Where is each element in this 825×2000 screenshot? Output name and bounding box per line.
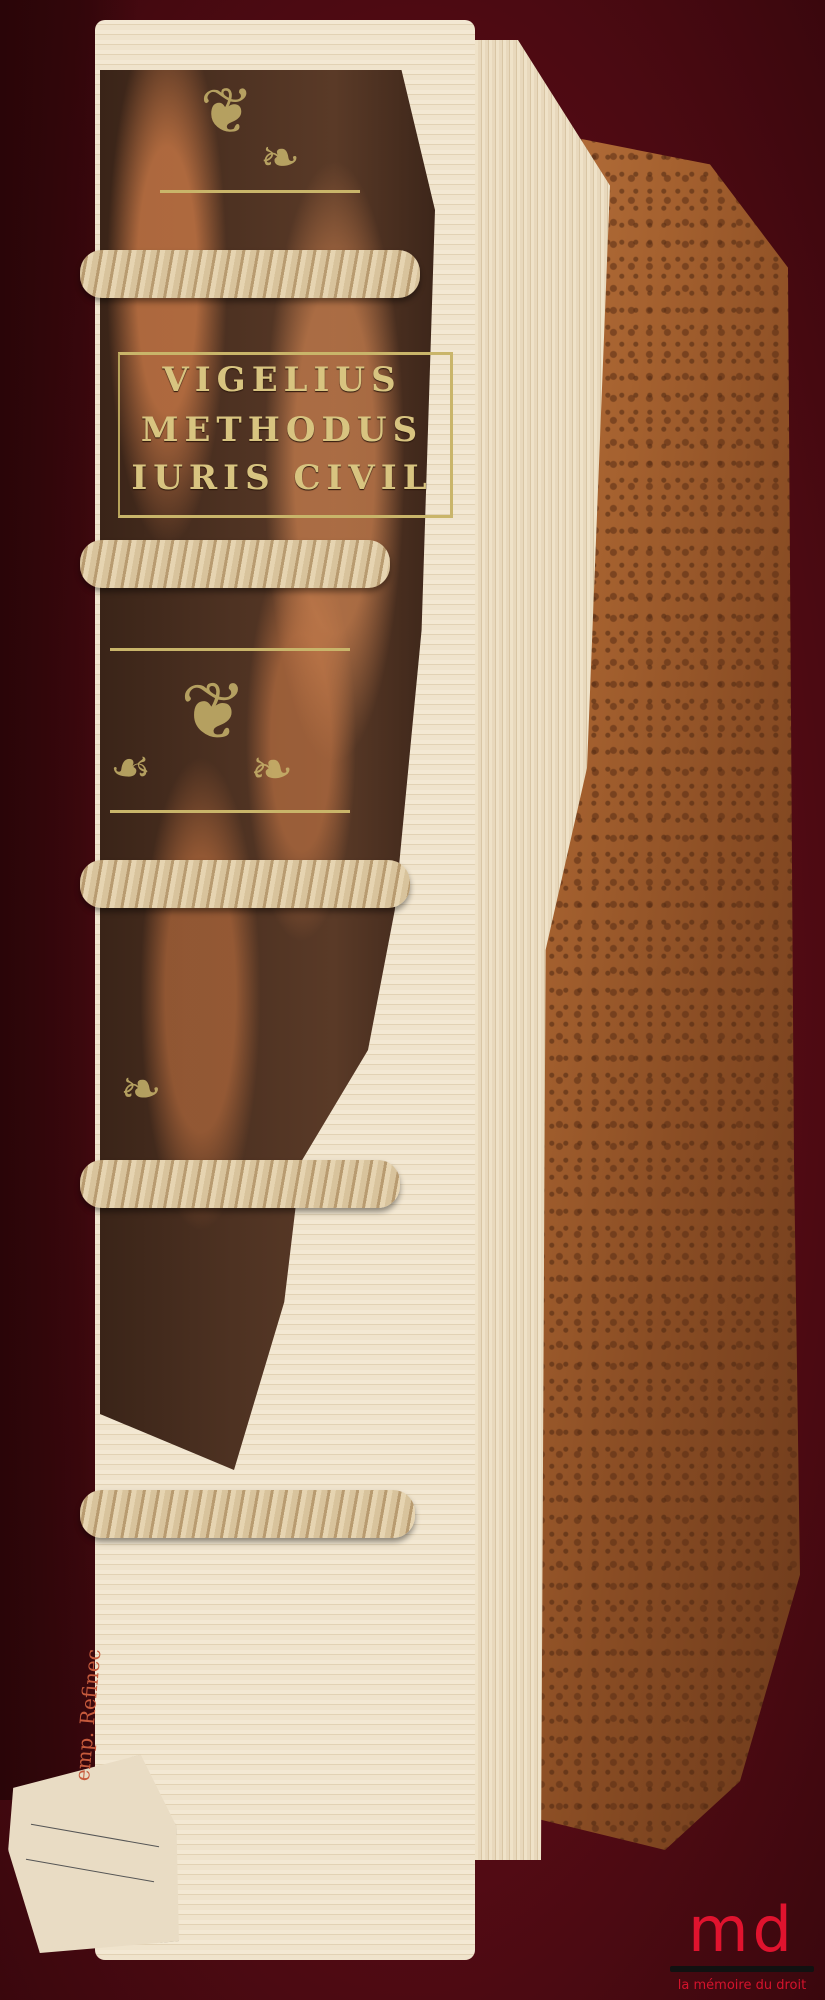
- gilt-scroll-ornament: ☙: [110, 740, 151, 794]
- logo-tagline: la mémoire du droit: [662, 1978, 822, 1993]
- raised-band-5: [80, 1490, 415, 1538]
- logo-underline: [670, 1966, 814, 1972]
- spine-title-line-3: IURIS CIVIL: [122, 458, 442, 498]
- raised-band-1: [80, 250, 420, 298]
- raised-band-3: [80, 860, 410, 908]
- spine-title-line-1: VIGELIUS: [122, 360, 442, 400]
- gilt-scroll-ornament: ❧: [250, 740, 294, 800]
- logo-mark: md: [662, 1900, 822, 1960]
- gilt-fleuron-ornament: ❦: [180, 665, 247, 758]
- gilt-fleuron-ornament: ❦: [200, 75, 254, 149]
- gilt-rule: [110, 648, 350, 651]
- gilt-scroll-ornament: ❧: [120, 1060, 162, 1118]
- gilt-scroll-ornament: ❧: [260, 130, 300, 186]
- raised-band-2: [80, 540, 390, 588]
- gilt-rule: [160, 190, 360, 193]
- watermark-logo: md la mémoire du droit: [662, 1900, 822, 1993]
- gilt-rule: [110, 810, 350, 813]
- spine-title-line-2: METHODUS: [122, 410, 442, 450]
- raised-band-4: [80, 1160, 400, 1208]
